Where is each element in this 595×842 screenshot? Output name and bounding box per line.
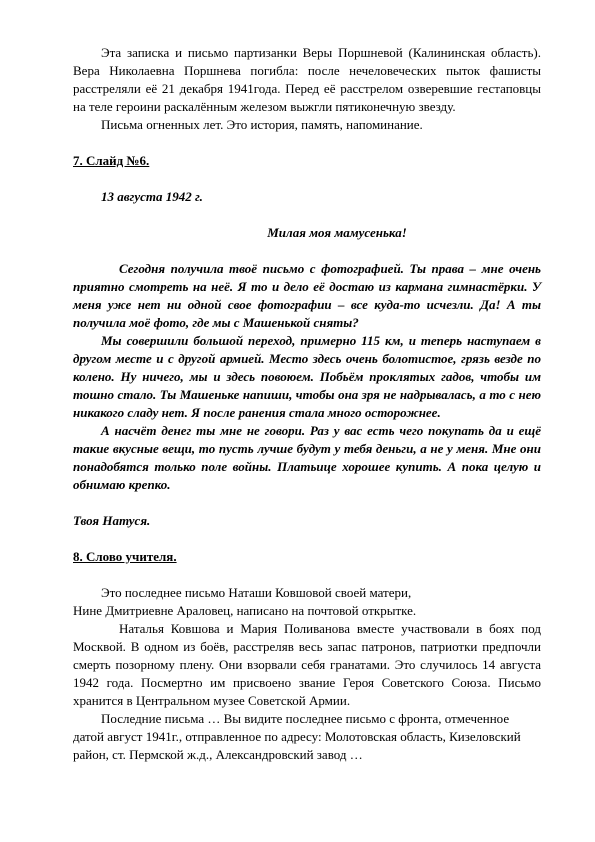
teacher-paragraph: Наталья Ковшова и Мария Поливанова вмест… — [73, 620, 541, 710]
teacher-line-2: Нине Дмитриевне Араловец, написано на по… — [73, 602, 541, 620]
section-8-heading: 8. Слово учителя. — [73, 548, 541, 566]
letter-paragraph: А насчёт денег ты мне не говори. Раз у в… — [73, 422, 541, 494]
document-page: Эта записка и письмо партизанки Веры Пор… — [73, 44, 541, 764]
intro-summary: Письма огненных лет. Это история, память… — [73, 116, 541, 134]
letter-salutation: Милая моя мамусенька! — [73, 224, 541, 242]
teacher-line-1: Это последнее письмо Наташи Ковшовой сво… — [73, 584, 541, 602]
teacher-last-letter-line-3: район, ст. Пермской ж.д., Александровски… — [73, 746, 541, 764]
section-7-heading: 7. Слайд №6. — [73, 152, 541, 170]
letter-signature: Твоя Натуся. — [73, 512, 541, 530]
letter-date: 13 августа 1942 г. — [73, 188, 541, 206]
intro-paragraph: Эта записка и письмо партизанки Веры Пор… — [73, 44, 541, 116]
letter-body: Сегодня получила твоё письмо с фотографи… — [73, 260, 541, 494]
letter-paragraph: Мы совершили большой переход, примерно 1… — [73, 332, 541, 422]
teacher-last-letter-line-1: Последние письма … Вы видите последнее п… — [73, 710, 541, 728]
letter-paragraph: Сегодня получила твоё письмо с фотографи… — [73, 260, 541, 332]
teacher-last-letter-line-2: датой август 1941г., отправленное по адр… — [73, 728, 541, 746]
